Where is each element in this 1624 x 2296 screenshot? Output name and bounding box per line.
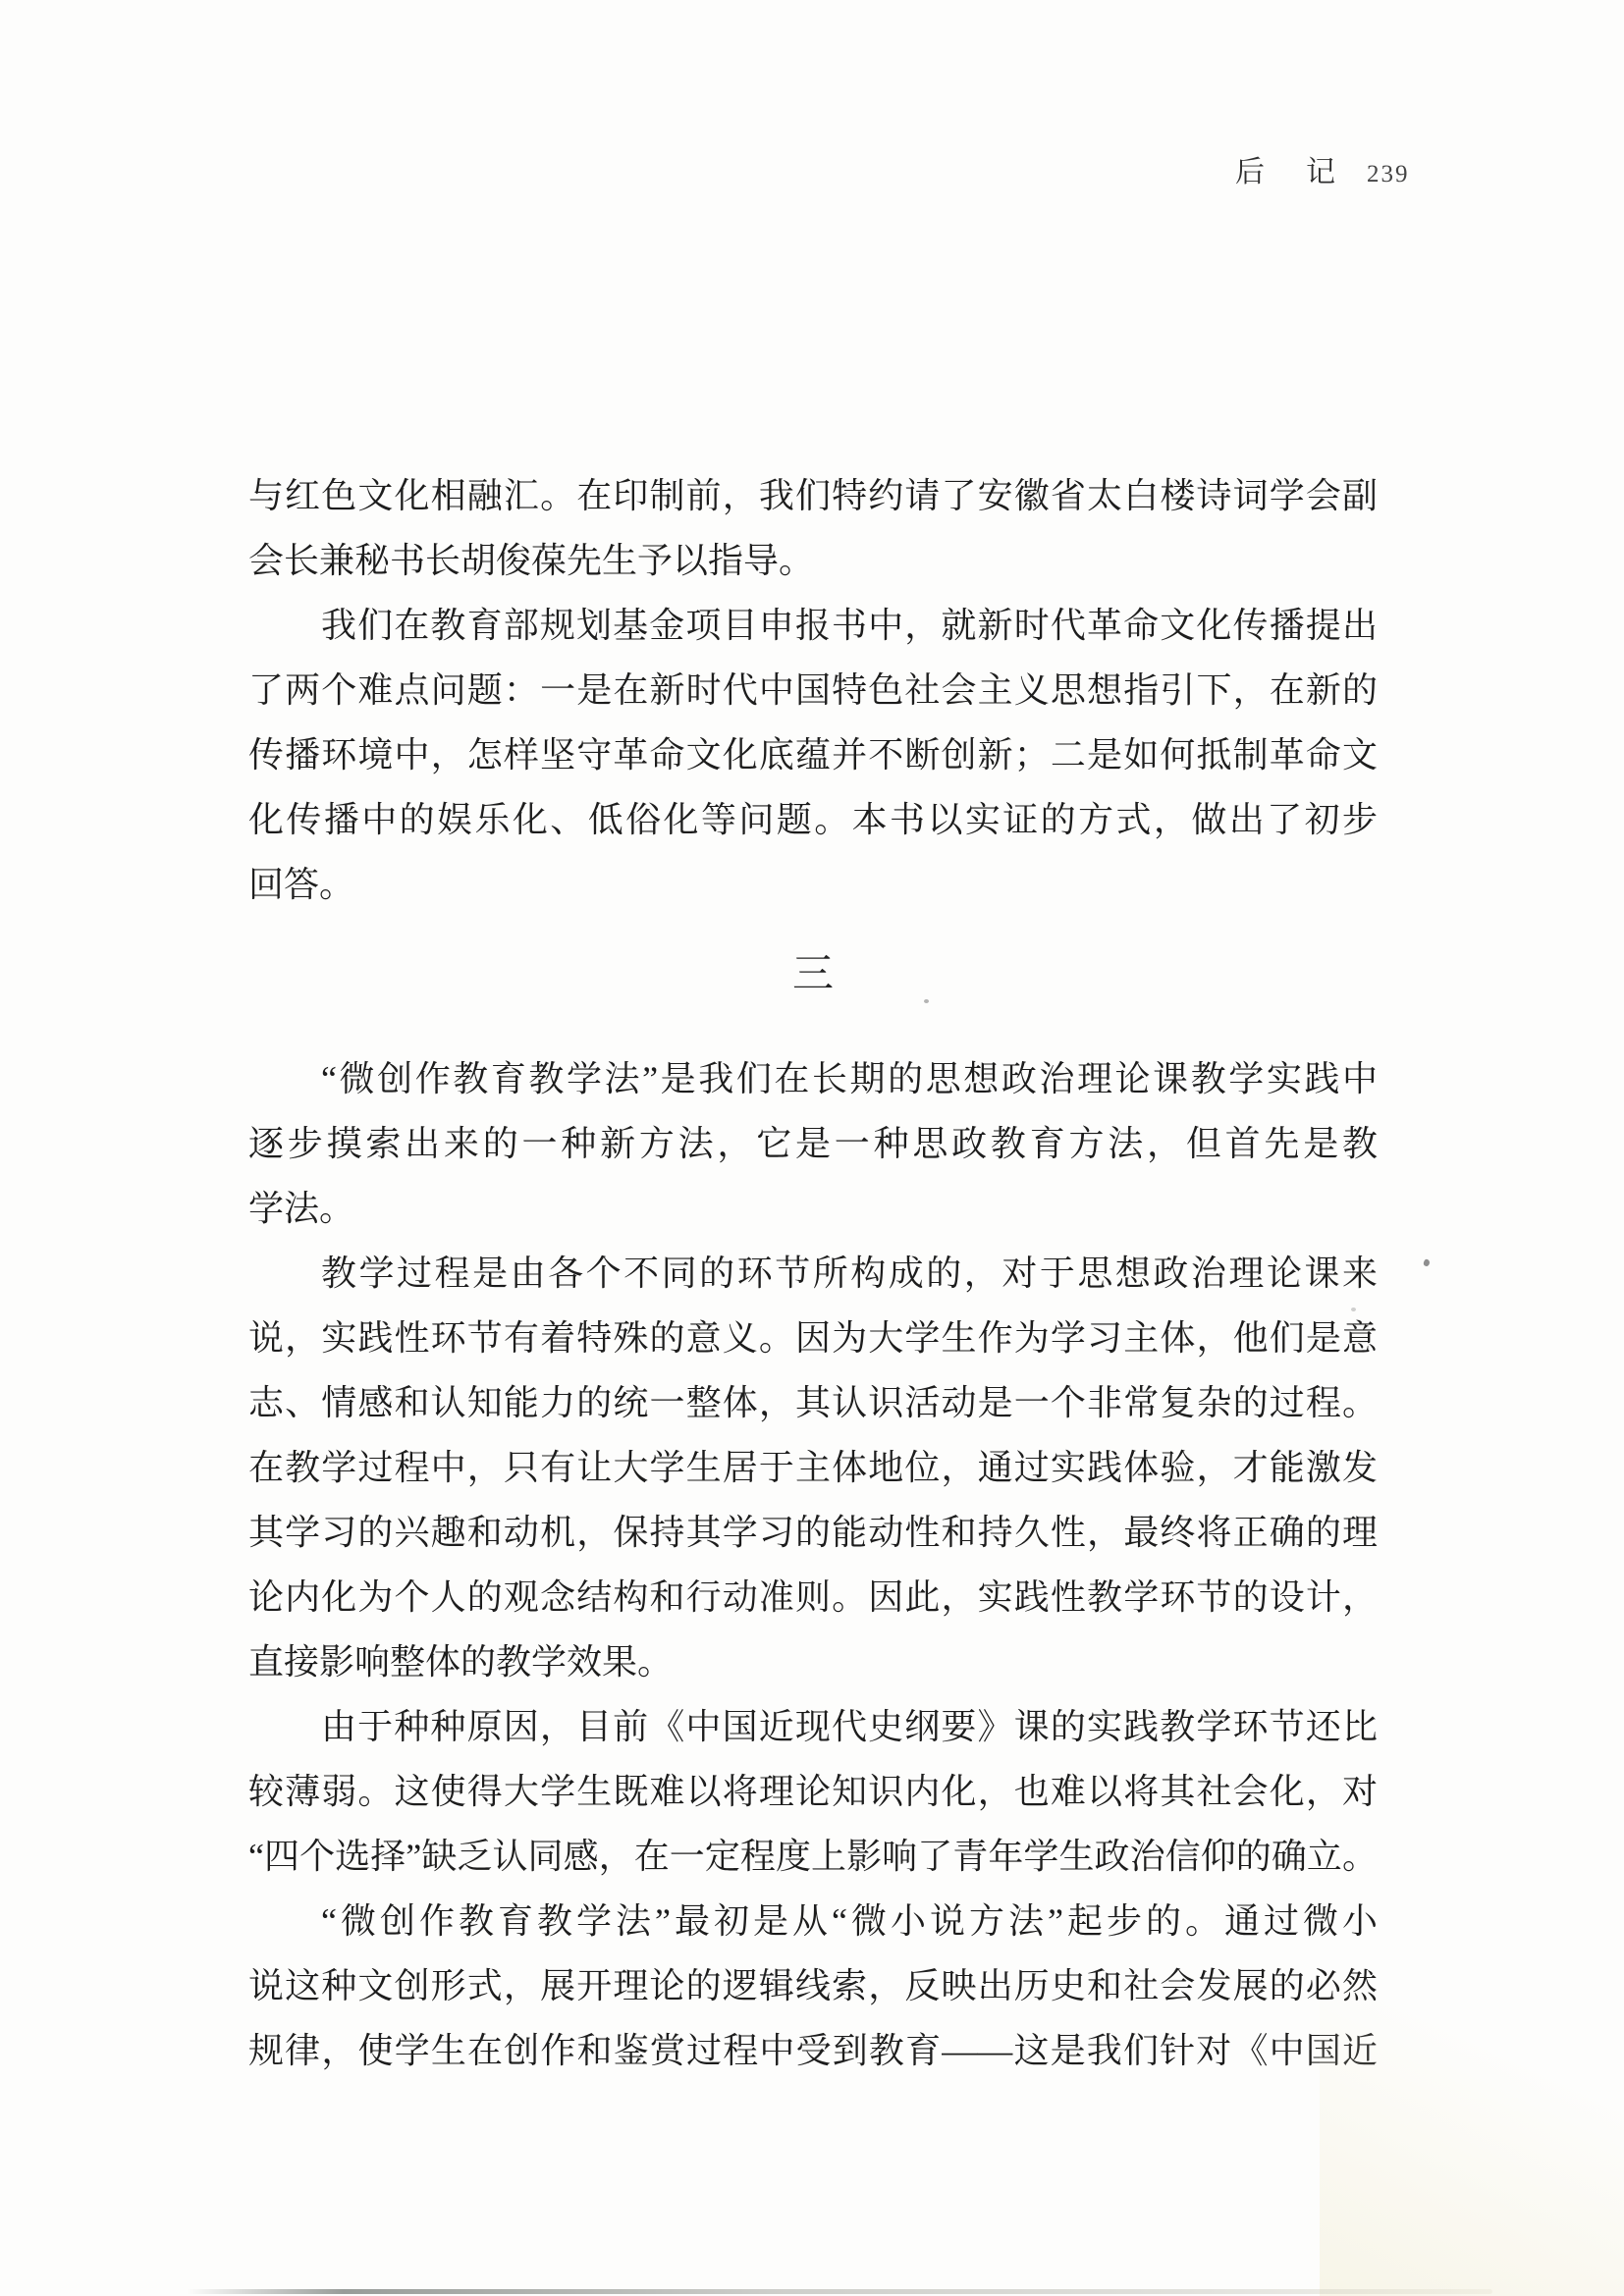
text-line: 了两个难点问题：一是在新时代中国特色社会主义思想指引下，在新的	[248, 658, 1378, 722]
text-line: 在教学过程中，只有让大学生居于主体地位，通过实践体验，才能激发	[248, 1435, 1378, 1500]
text-line: 传播环境中，怎样坚守革命文化底蕴并不断创新；二是如何抵制革命文	[248, 722, 1378, 787]
text-line: 教学过程是由各个不同的环节所构成的，对于思想政治理论课来	[248, 1241, 1378, 1306]
text-line: 说这种文创形式，展开理论的逻辑线索，反映出历史和社会发展的必然	[248, 1953, 1378, 2018]
text-line: 我们在教育部规划基金项目申报书中，就新时代革命文化传播提出	[248, 593, 1378, 658]
text-line: 由于种种原因，目前《中国近现代史纲要》课的实践教学环节还比	[248, 1694, 1378, 1759]
running-header: 后 记 239	[1235, 147, 1410, 190]
scanned-page: 后 记 239 与红色文化相融汇。在印制前，我们特约请了安徽省太白楼诗词学会副会…	[0, 0, 1624, 2296]
page-number: 239	[1367, 161, 1410, 188]
text-line: 说，实践性环节有着特殊的意义。因为大学生作为学习主体，他们是意	[248, 1306, 1378, 1370]
text-line: 其学习的兴趣和动机，保持其学习的能动性和持久性，最终将正确的理	[248, 1500, 1378, 1565]
scan-corner-tint	[1320, 1962, 1624, 2296]
text-line: 学法。	[248, 1176, 1378, 1241]
section-heading: 三	[248, 942, 1378, 1007]
text-line: 会长兼秘书长胡俊葆先生予以指导。	[248, 528, 1378, 593]
scan-speck	[1423, 1258, 1431, 1267]
text-block: 与红色文化相融汇。在印制前，我们特约请了安徽省太白楼诗词学会副会长兼秘书长胡俊葆…	[248, 463, 1378, 2083]
text-line: 论内化为个人的观念结构和行动准则。因此，实践性教学环节的设计，	[248, 1565, 1378, 1629]
text-line: 规律，使学生在创作和鉴赏过程中受到教育——这是我们针对《中国近	[248, 2018, 1378, 2083]
text-line: 志、情感和认知能力的统一整体，其认识活动是一个非常复杂的过程。	[248, 1370, 1378, 1435]
text-line: 与红色文化相融汇。在印制前，我们特约请了安徽省太白楼诗词学会副	[248, 463, 1378, 528]
text-line: 逐步摸索出来的一种新方法，它是一种思政教育方法，但首先是教	[248, 1111, 1378, 1176]
text-line: 较薄弱。这使得大学生既难以将理论知识内化，也难以将其社会化，对	[248, 1759, 1378, 1824]
scan-speck	[924, 999, 929, 1003]
text-line: 化传播中的娱乐化、低俗化等问题。本书以实证的方式，做出了初步	[248, 787, 1378, 852]
text-line: 回答。	[248, 852, 1378, 917]
scan-speck	[1351, 1308, 1356, 1311]
text-line: 直接影响整体的教学效果。	[248, 1629, 1378, 1694]
text-line: “微创作教育教学法”是我们在长期的思想政治理论课教学实践中	[248, 1046, 1378, 1111]
text-line: “四个选择”缺乏认同感，在一定程度上影响了青年学生政治信仰的确立。	[248, 1824, 1378, 1889]
text-line: “微创作教育教学法”最初是从“微小说方法”起步的。通过微小	[248, 1889, 1378, 1953]
header-title-char: 记	[1306, 147, 1335, 190]
scan-smudge	[187, 2289, 1492, 2294]
header-title-char: 后	[1235, 147, 1265, 190]
